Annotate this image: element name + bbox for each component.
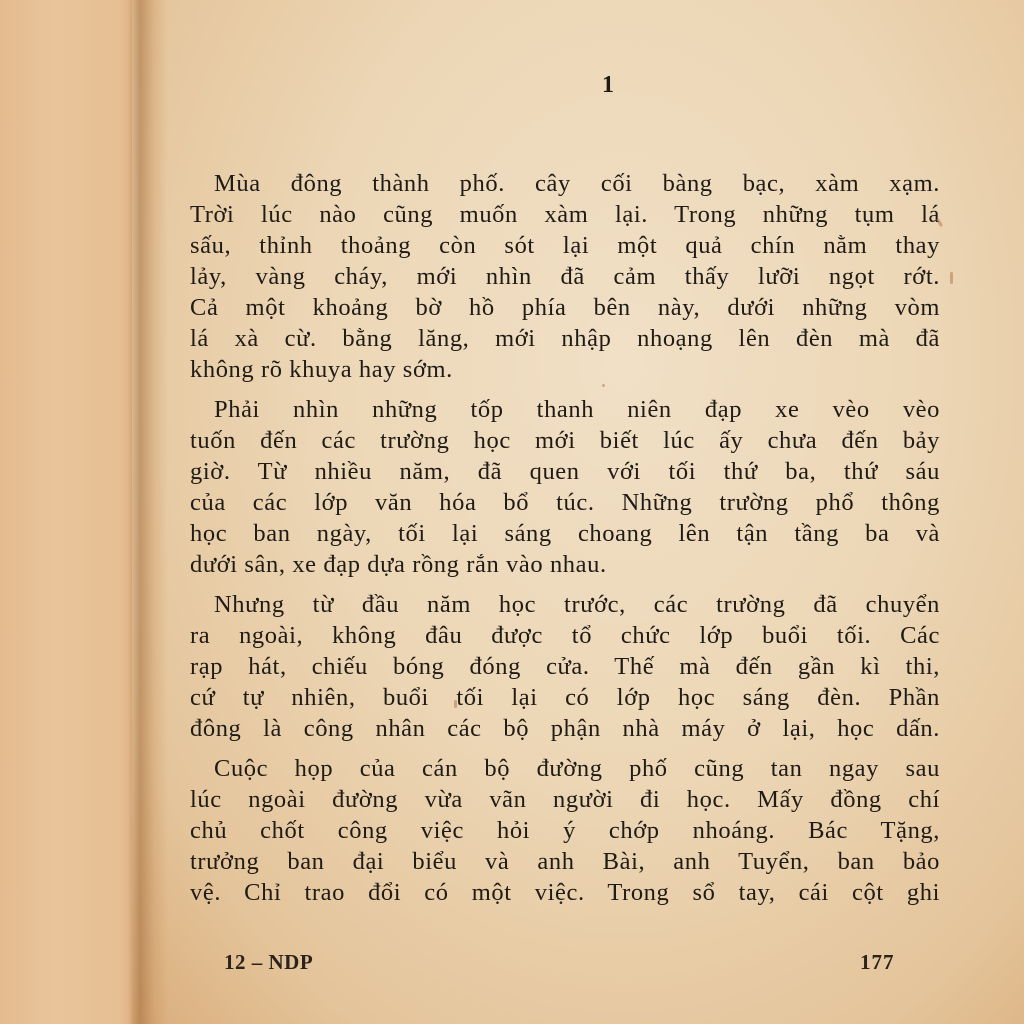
paragraph-2: Phải nhìn những tốp thanh niên đạp xe vè…	[190, 394, 940, 580]
text-line: vệ. Chỉ trao đổi có một việc. Trong sổ t…	[190, 877, 940, 908]
body-text: Mùa đông thành phố. cây cối bàng bạc, xà…	[190, 168, 940, 917]
text-line: Mùa đông thành phố. cây cối bàng bạc, xà…	[190, 168, 940, 199]
paragraph-4: Cuộc họp của cán bộ đường phố cũng tan n…	[190, 753, 940, 908]
text-line: của các lớp văn hóa bổ túc. Những trường…	[190, 487, 940, 518]
left-page-edge	[0, 0, 140, 1024]
text-line: Cuộc họp của cán bộ đường phố cũng tan n…	[190, 753, 940, 784]
text-line: tuốn đến các trường học mới biết lúc ấy …	[190, 425, 940, 456]
text-line: cứ tự nhiên, buổi tối lại có lớp học sán…	[190, 682, 940, 713]
text-line: giờ. Từ nhiều năm, đã quen với tối thứ b…	[190, 456, 940, 487]
book-spread: 1 Mùa đông thành phố. cây cối bàng bạc, …	[0, 0, 1024, 1024]
page-gutter-shadow	[128, 0, 168, 1024]
text-line: sấu, thỉnh thoảng còn sót lại một quả ch…	[190, 230, 940, 261]
text-line: ra ngoài, không đâu được tổ chức lớp buổ…	[190, 620, 940, 651]
paragraph-3: Nhưng từ đầu năm học trước, các trường đ…	[190, 589, 940, 744]
page-number: 177	[860, 950, 895, 975]
text-line: lúc ngoài đường vừa vãn người đi học. Mấ…	[190, 784, 940, 815]
text-line: trưởng ban đại biểu và anh Bài, anh Tuyể…	[190, 846, 940, 877]
text-line: học ban ngày, tối lại sáng choang lên tậ…	[190, 518, 940, 549]
text-line: Nhưng từ đầu năm học trước, các trường đ…	[190, 589, 940, 620]
text-line: dưới sân, xe đạp dựa rồng rắn vào nhau.	[190, 549, 940, 580]
text-line: rạp hát, chiếu bóng đóng cửa. Thế mà đến…	[190, 651, 940, 682]
text-line: đông là công nhân các bộ phận nhà máy ở …	[190, 713, 940, 744]
text-line: Cả một khoảng bờ hồ phía bên này, dưới n…	[190, 292, 940, 323]
paper-speck	[454, 700, 457, 708]
text-line: lảy, vàng cháy, mới nhìn đã cảm thấy lưỡ…	[190, 261, 940, 292]
text-line: chủ chốt công việc hỏi ý chớp nhoáng. Bá…	[190, 815, 940, 846]
paper-speck	[602, 384, 605, 387]
paper-speck	[950, 272, 953, 284]
text-line: không rõ khuya hay sớm.	[190, 354, 940, 385]
paragraph-1: Mùa đông thành phố. cây cối bàng bạc, xà…	[190, 168, 940, 385]
text-line: Phải nhìn những tốp thanh niên đạp xe vè…	[190, 394, 940, 425]
text-line: Trời lúc nào cũng muốn xàm lại. Trong nh…	[190, 199, 940, 230]
footer-signature: 12 – NDP	[224, 950, 313, 975]
right-page: 1 Mùa đông thành phố. cây cối bàng bạc, …	[132, 0, 1024, 1024]
chapter-number: 1	[132, 72, 1024, 99]
text-line: lá xà cừ. bằng lăng, mới nhập nhoạng lên…	[190, 323, 940, 354]
